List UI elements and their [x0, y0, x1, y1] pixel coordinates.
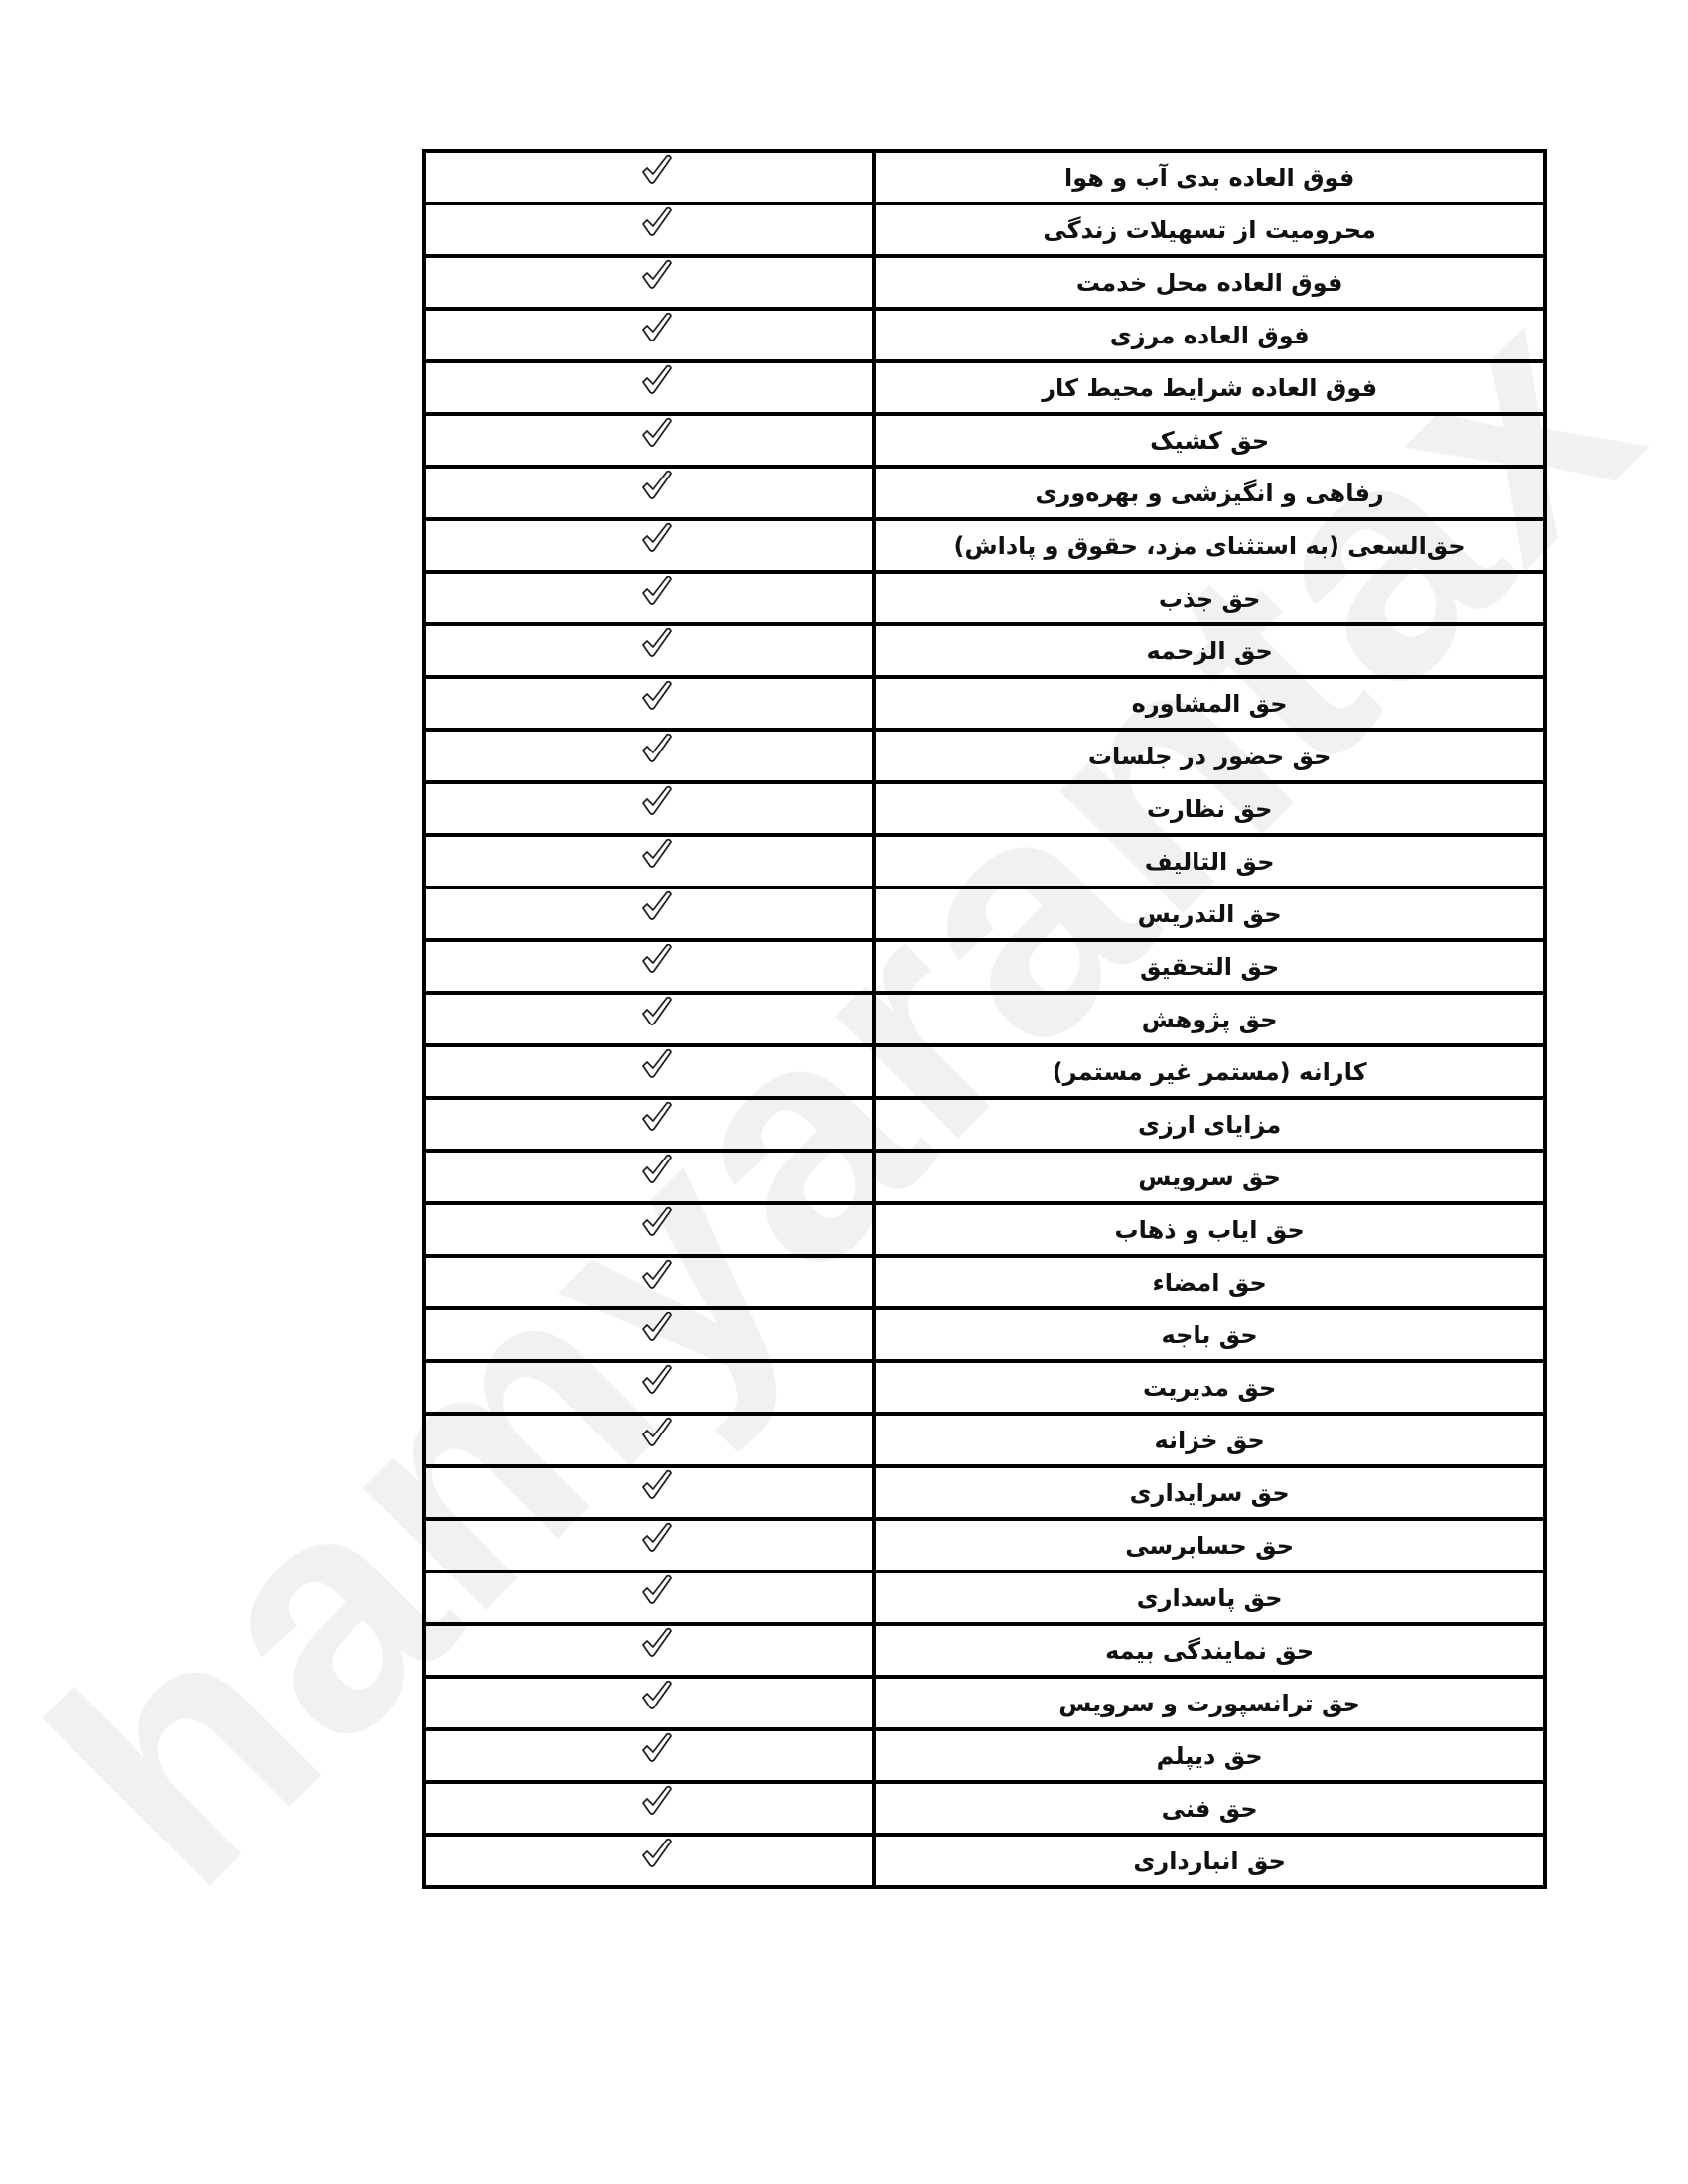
table-body: فوق العاده بدی آب و هوا محرومیت از تسهیل…	[424, 151, 1545, 1887]
table-row: حق التالیف	[424, 835, 1545, 887]
table-row: حق الزحمه	[424, 624, 1545, 677]
check-cell	[424, 1466, 874, 1519]
table-row: فوق العاده مرزی	[424, 309, 1545, 361]
check-mark-icon	[640, 1310, 674, 1344]
check-mark-icon	[640, 1416, 674, 1449]
table-row: حق پاسداری	[424, 1571, 1545, 1624]
allowances-table: فوق العاده بدی آب و هوا محرومیت از تسهیل…	[422, 149, 1547, 1889]
allowance-label: حق ایاب و ذهاب	[874, 1203, 1545, 1256]
allowance-label: حق امضاء	[874, 1256, 1545, 1308]
check-cell	[424, 256, 874, 309]
check-cell	[424, 151, 874, 204]
check-mark-icon	[640, 363, 674, 397]
check-cell	[424, 519, 874, 572]
allowance-label: حق حضور در جلسات	[874, 730, 1545, 782]
check-mark-icon	[640, 732, 674, 765]
check-cell	[424, 1203, 874, 1256]
allowance-label: حق‌السعی (به استثنای مزد، حقوق و پاداش)	[874, 519, 1545, 572]
check-mark-icon	[640, 1100, 674, 1134]
table-row: حق فنی	[424, 1782, 1545, 1835]
check-cell	[424, 1256, 874, 1308]
check-mark-icon	[640, 995, 674, 1028]
check-mark-icon	[640, 1205, 674, 1239]
table-row: مزایای ارزی	[424, 1098, 1545, 1151]
table-row: حق نظارت	[424, 782, 1545, 835]
allowance-label: حق انبارداری	[874, 1835, 1545, 1887]
table-row: رفاهی و انگیزشی و بهره‌وری	[424, 467, 1545, 519]
allowance-label: حق پاسداری	[874, 1571, 1545, 1624]
table-row: حق ایاب و ذهاب	[424, 1203, 1545, 1256]
table-row: حق مدیریت	[424, 1361, 1545, 1414]
check-mark-icon	[640, 574, 674, 608]
check-mark-icon	[640, 942, 674, 976]
check-mark-icon	[640, 1258, 674, 1292]
check-mark-icon	[640, 1468, 674, 1502]
check-cell	[424, 414, 874, 467]
allowance-label: حق سرایداری	[874, 1466, 1545, 1519]
check-cell	[424, 1571, 874, 1624]
table-row: حق التدریس	[424, 887, 1545, 940]
check-cell	[424, 677, 874, 730]
check-mark-icon	[640, 1573, 674, 1607]
check-cell	[424, 1519, 874, 1571]
check-cell	[424, 1835, 874, 1887]
allowance-label: حق التدریس	[874, 887, 1545, 940]
table-row: حق باجه	[424, 1308, 1545, 1361]
check-mark-icon	[640, 1837, 674, 1870]
allowance-label: حق دیپلم	[874, 1729, 1545, 1782]
check-mark-icon	[640, 889, 674, 923]
allowance-label: حق سرویس	[874, 1151, 1545, 1203]
check-mark-icon	[640, 1626, 674, 1660]
table-row: حق پژوهش	[424, 993, 1545, 1045]
check-cell	[424, 204, 874, 256]
table-row: کارانه (مستمر غیر مستمر)	[424, 1045, 1545, 1098]
check-cell	[424, 1782, 874, 1835]
table-row: حق خزانه	[424, 1414, 1545, 1466]
table-row: حق کشیک	[424, 414, 1545, 467]
allowance-label: فوق العاده محل خدمت	[874, 256, 1545, 309]
table-row: حق المشاوره	[424, 677, 1545, 730]
check-cell	[424, 572, 874, 624]
check-mark-icon	[640, 1731, 674, 1765]
check-cell	[424, 1045, 874, 1098]
allowance-label: حق خزانه	[874, 1414, 1545, 1466]
table-row: فوق العاده بدی آب و هوا	[424, 151, 1545, 204]
table-row: حق ترانسپورت و سرویس	[424, 1677, 1545, 1729]
check-cell	[424, 467, 874, 519]
check-mark-icon	[640, 1047, 674, 1081]
table-row: حق دیپلم	[424, 1729, 1545, 1782]
check-mark-icon	[640, 205, 674, 239]
table-row: حق حسابرسی	[424, 1519, 1545, 1571]
check-mark-icon	[640, 679, 674, 713]
check-mark-icon	[640, 311, 674, 344]
table-row: حق انبارداری	[424, 1835, 1545, 1887]
allowance-label: حق التالیف	[874, 835, 1545, 887]
check-cell	[424, 1361, 874, 1414]
table-row: حق سرایداری	[424, 1466, 1545, 1519]
check-cell	[424, 782, 874, 835]
allowance-label: حق پژوهش	[874, 993, 1545, 1045]
check-cell	[424, 1677, 874, 1729]
check-mark-icon	[640, 784, 674, 818]
check-cell	[424, 1308, 874, 1361]
check-mark-icon	[640, 1679, 674, 1712]
allowance-label: فوق العاده مرزی	[874, 309, 1545, 361]
table-row: حق حضور در جلسات	[424, 730, 1545, 782]
allowance-label: حق جذب	[874, 572, 1545, 624]
allowance-label: حق کشیک	[874, 414, 1545, 467]
allowance-label: حق ترانسپورت و سرویس	[874, 1677, 1545, 1729]
table-row: محرومیت از تسهیلات زندگی	[424, 204, 1545, 256]
allowance-label: حق التحقیق	[874, 940, 1545, 993]
table-row: فوق العاده شرایط محیط کار	[424, 361, 1545, 414]
allowance-label: حق حسابرسی	[874, 1519, 1545, 1571]
check-mark-icon	[640, 1363, 674, 1397]
check-cell	[424, 1151, 874, 1203]
check-cell	[424, 1414, 874, 1466]
check-cell	[424, 1729, 874, 1782]
allowance-label: حق باجه	[874, 1308, 1545, 1361]
table-row: حق نمایندگی بیمه	[424, 1624, 1545, 1677]
check-cell	[424, 835, 874, 887]
table-row: فوق العاده محل خدمت	[424, 256, 1545, 309]
check-cell	[424, 730, 874, 782]
check-cell	[424, 887, 874, 940]
table-row: حق التحقیق	[424, 940, 1545, 993]
check-mark-icon	[640, 1153, 674, 1186]
check-cell	[424, 940, 874, 993]
check-cell	[424, 309, 874, 361]
allowance-label: حق فنی	[874, 1782, 1545, 1835]
allowance-label: کارانه (مستمر غیر مستمر)	[874, 1045, 1545, 1098]
check-mark-icon	[640, 626, 674, 660]
check-mark-icon	[640, 1784, 674, 1818]
allowance-label: محرومیت از تسهیلات زندگی	[874, 204, 1545, 256]
table-row: حق جذب	[424, 572, 1545, 624]
check-cell	[424, 624, 874, 677]
check-mark-icon	[640, 469, 674, 502]
allowance-label: حق مدیریت	[874, 1361, 1545, 1414]
check-cell	[424, 993, 874, 1045]
allowance-label: حق نظارت	[874, 782, 1545, 835]
table-row: حق سرویس	[424, 1151, 1545, 1203]
allowance-label: رفاهی و انگیزشی و بهره‌وری	[874, 467, 1545, 519]
allowance-label: فوق العاده شرایط محیط کار	[874, 361, 1545, 414]
allowance-label: حق المشاوره	[874, 677, 1545, 730]
check-mark-icon	[640, 258, 674, 292]
table-row: حق امضاء	[424, 1256, 1545, 1308]
allowance-label: فوق العاده بدی آب و هوا	[874, 151, 1545, 204]
check-mark-icon	[640, 521, 674, 555]
check-cell	[424, 1098, 874, 1151]
allowance-label: مزایای ارزی	[874, 1098, 1545, 1151]
allowance-label: حق الزحمه	[874, 624, 1545, 677]
check-mark-icon	[640, 416, 674, 450]
table-row: حق‌السعی (به استثنای مزد، حقوق و پاداش)	[424, 519, 1545, 572]
check-cell	[424, 361, 874, 414]
allowance-label: حق نمایندگی بیمه	[874, 1624, 1545, 1677]
check-mark-icon	[640, 837, 674, 871]
check-cell	[424, 1624, 874, 1677]
check-mark-icon	[640, 1521, 674, 1555]
check-mark-icon	[640, 153, 674, 187]
